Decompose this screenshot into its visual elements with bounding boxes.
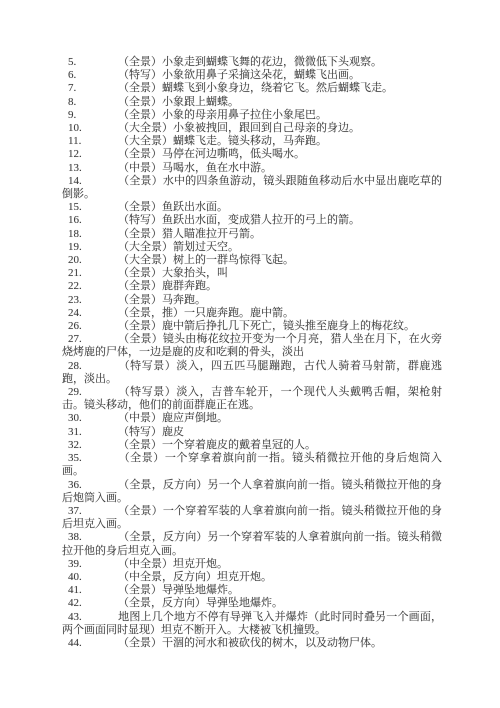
list-item: 6.（特写）小象欲用鼻子采摘这朵花，蝴蝶飞出画。 [62,69,442,82]
item-number: 30. [62,412,118,425]
list-item: 38.（全景，反方向）另一个穿着军装的人拿着旗向前一指。镜头稍微拉开他的身后坦克… [62,531,442,557]
item-text: （全景）蝴蝶飞到小象身边，绕着它飞。然后蝴蝶飞走。 [118,82,393,94]
list-item: 12.（全景）马停在河边嘶鸣，低头喝水。 [62,148,442,161]
item-text: （全景）干涸的河水和被砍伐的树木，以及动物尸体。 [118,637,382,649]
item-number: 15. [62,201,118,214]
list-item: 39.（中全景）坦克开炮。 [62,558,442,571]
list-item: 43.地图上几个地方不停有导弹飞入并爆炸（此时同时叠另一个画面，两个画面同时显现… [62,611,442,637]
item-number: 36. [62,479,118,492]
item-text: （全景）小象跟上蝴蝶。 [118,96,239,108]
list-item: 18.（全景）猎人瞄准拉开弓箭。 [62,228,442,241]
item-text: （特写景）淡入，四五匹马腿蹦跑，古代人骑着马射箭，群鹿逃跑，淡出。 [62,360,442,385]
item-text: （全景）小象的母亲用鼻子拉住小象尾巴。 [118,109,327,121]
list-item: 15.（全景）鱼跃出水面。 [62,201,442,214]
item-text: （大全景）箭划过天空。 [118,241,239,253]
list-item: 16.（特写）鱼跃出水面，变成猎人拉开的弓上的箭。 [62,214,442,227]
list-item: 32.（全景）一个穿着鹿皮的戴着皇冠的人。 [62,439,442,452]
item-text: （全景）鹿中箭后挣扎几下死亡，镜头推至鹿身上的梅花纹。 [118,320,415,332]
item-number: 27. [62,333,118,346]
item-number: 11. [62,135,118,148]
list-item: 20.（大全景）树上的一群鸟惊得飞起。 [62,254,442,267]
item-number: 22. [62,280,118,293]
item-text: （全景）小象走到蝴蝶飞舞的花边，微微低下头观察。 [118,56,382,68]
list-item: 7.（全景）蝴蝶飞到小象身边，绕着它飞。然后蝴蝶飞走。 [62,82,442,95]
item-number: 37. [62,505,118,518]
item-number: 38. [62,531,118,544]
item-text: （全景）马停在河边嘶鸣，低头喝水。 [118,148,305,160]
list-item: 13.（中景）马喝水，鱼在水中游。 [62,162,442,175]
item-text: 地图上几个地方不停有导弹飞入并爆炸（此时同时叠另一个画面，两个画面同时显现）坦克… [62,611,442,636]
item-number: 21. [62,267,118,280]
item-text: （中景）鹿应声倒地。 [118,412,228,424]
item-number: 12. [62,148,118,161]
item-number: 23. [62,294,118,307]
document-page: 5.（全景）小象走到蝴蝶飞舞的花边，微微低下头观察。 6.（特写）小象欲用鼻子采… [0,0,500,708]
item-text: （全景）鱼跃出水面。 [118,201,228,213]
list-item: 35.（全景）一个穿拿着旗向前一指。镜头稍微拉开他的身后炮筒入画。 [62,452,442,478]
item-text: （全景，反方向）另一个穿着军装的人拿着旗向前一指。镜头稍微拉开他的身后坦克入画。 [62,531,442,556]
item-number: 13. [62,162,118,175]
list-item: 31.（特写）鹿皮 [62,426,442,439]
list-item: 8.（全景）小象跟上蝴蝶。 [62,96,442,109]
item-number: 42. [62,597,118,610]
item-text: （全景）马奔跑。 [118,294,206,306]
item-number: 16. [62,214,118,227]
item-number: 10. [62,122,118,135]
item-number: 41. [62,584,118,597]
list-item: 37.（全景）一个穿着军装的人拿着旗向前一指。镜头稍微拉开他的身后坦克入画。 [62,505,442,531]
item-text: （特写）鱼跃出水面，变成猎人拉开的弓上的箭。 [118,214,360,226]
item-text: （全景，反方向）另一个人拿着旗向前一指。镜头稍微拉开他的身后炮筒入画。 [62,479,442,504]
item-text: （全景，推）一只鹿奔跑。鹿中箭。 [118,307,294,319]
item-number: 7. [62,82,118,95]
item-text: （全景）鹿群奔跑。 [118,280,217,292]
list-item: 27.（全景）镜头由梅花纹拉开变为一个月亮，猎人坐在月下，在火旁烧烤鹿的尸体，一… [62,333,442,359]
item-number: 32. [62,439,118,452]
item-text: （全景）猎人瞄准拉开弓箭。 [118,228,261,240]
item-text: （特写景）淡入，吉普车轮开，一个现代人头戴鸭舌帽，架枪射击。镜头移动，他们的前面… [62,386,442,411]
item-text: （全景）一个穿着鹿皮的戴着皇冠的人。 [118,439,316,451]
item-number: 28. [62,360,118,373]
item-number: 9. [62,109,118,122]
list-item: 40.（中全景，反方向）坦克开炮。 [62,571,442,584]
item-number: 29. [62,386,118,399]
list-item: 22.（全景）鹿群奔跑。 [62,280,442,293]
list-item: 24.（全景，推）一只鹿奔跑。鹿中箭。 [62,307,442,320]
list-item: 42.（全景，反方向）导弹坠地爆炸。 [62,597,442,610]
shot-list: 5.（全景）小象走到蝴蝶飞舞的花边，微微低下头观察。 6.（特写）小象欲用鼻子采… [62,56,442,650]
item-text: （大全景）树上的一群鸟惊得飞起。 [118,254,294,266]
list-item: 36.（全景，反方向）另一个人拿着旗向前一指。镜头稍微拉开他的身后炮筒入画。 [62,479,442,505]
item-number: 6. [62,69,118,82]
item-text: （大全景）小象被拽回，跟回到自己母亲的身边。 [118,122,360,134]
item-text: （全景）一个穿拿着旗向前一指。镜头稍微拉开他的身后炮筒入画。 [62,452,442,477]
item-number: 24. [62,307,118,320]
item-text: （全景）导弹坠地爆炸。 [118,584,239,596]
list-item: 5.（全景）小象走到蝴蝶飞舞的花边，微微低下头观察。 [62,56,442,69]
item-number: 44. [62,637,118,650]
item-text: （全景，反方向）导弹坠地爆炸。 [118,597,283,609]
list-item: 21.（全景）大象抬头，叫 [62,267,442,280]
list-item: 14.（全景）水中的四条鱼游动，镜头跟随鱼移动后水中显出鹿吃草的倒影。 [62,175,442,201]
item-number: 14. [62,175,118,188]
list-item: 28.（特写景）淡入，四五匹马腿蹦跑，古代人骑着马射箭，群鹿逃跑，淡出。 [62,360,442,386]
item-text: （特写）小象欲用鼻子采摘这朵花，蝴蝶飞出画。 [118,69,360,81]
item-text: （中全景，反方向）坦克开炮。 [118,571,272,583]
item-text: （中全景）坦克开炮。 [118,558,228,570]
item-number: 5. [62,56,118,69]
item-text: （全景）水中的四条鱼游动，镜头跟随鱼移动后水中显出鹿吃草的倒影。 [62,175,442,200]
item-text: （全景）一个穿着军装的人拿着旗向前一指。镜头稍微拉开他的身后坦克入画。 [62,505,442,530]
list-item: 19.（大全景）箭划过天空。 [62,241,442,254]
list-item: 9.（全景）小象的母亲用鼻子拉住小象尾巴。 [62,109,442,122]
list-item: 41.（全景）导弹坠地爆炸。 [62,584,442,597]
list-item: 30.（中景）鹿应声倒地。 [62,412,442,425]
list-item: 10.（大全景）小象被拽回，跟回到自己母亲的身边。 [62,122,442,135]
list-item: 44.（全景）干涸的河水和被砍伐的树木，以及动物尸体。 [62,637,442,650]
list-item: 23.（全景）马奔跑。 [62,294,442,307]
item-number: 31. [62,426,118,439]
item-number: 18. [62,228,118,241]
list-item: 26.（全景）鹿中箭后挣扎几下死亡，镜头推至鹿身上的梅花纹。 [62,320,442,333]
item-number: 19. [62,241,118,254]
list-item: 11.（大全景）蝴蝶飞走。镜头移动，马奔跑。 [62,135,442,148]
item-number: 26. [62,320,118,333]
item-text: （大全景）蝴蝶飞走。镜头移动，马奔跑。 [118,135,327,147]
item-number: 43. [62,611,118,624]
item-text: （特写）鹿皮 [118,426,184,438]
list-item: 29.（特写景）淡入，吉普车轮开，一个现代人头戴鸭舌帽，架枪射击。镜头移动，他们… [62,386,442,412]
item-text: （全景）大象抬头，叫 [118,267,228,279]
item-number: 35. [62,452,118,465]
item-number: 8. [62,96,118,109]
item-text: （全景）镜头由梅花纹拉开变为一个月亮，猎人坐在月下，在火旁烧烤鹿的尸体，一边是鹿… [62,333,442,358]
item-number: 40. [62,571,118,584]
item-text: （中景）马喝水，鱼在水中游。 [118,162,272,174]
item-number: 39. [62,558,118,571]
item-number: 20. [62,254,118,267]
